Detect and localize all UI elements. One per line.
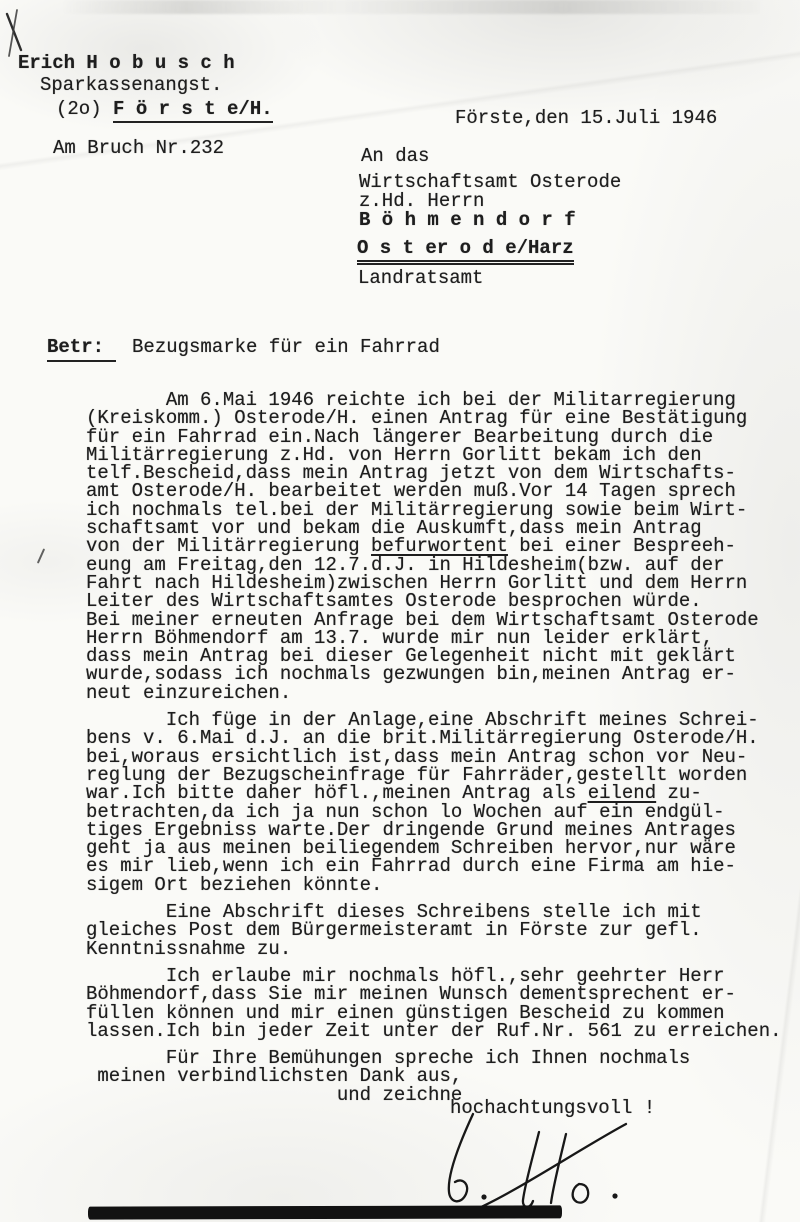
sender-city-line: (2o) F ö r s t e/H. [56, 99, 273, 119]
dateline: Förste,den 15.Juli 1946 [455, 108, 717, 128]
recipient-city: O s t er o d e/Harz [357, 237, 574, 265]
body-line: gleiches Post dem Bürgermeisteramt in Fö… [86, 921, 776, 939]
paragraph: Eine Abschrift dieses Schreibens stelle … [86, 903, 776, 958]
body-line: lassen.Ich bin jeder Zeit unter der Ruf.… [86, 1022, 776, 1040]
body-line: bens v. 6.Mai d.J. an die brit.Militärre… [86, 729, 776, 747]
letter-body: Am 6.Mai 1946 reichte ich bei der Milita… [86, 391, 776, 1113]
paragraph: Am 6.Mai 1946 reichte ich bei der Milita… [86, 391, 776, 702]
sender-city-prefix: (2o) [56, 98, 113, 120]
subject-line: Betr:Bezugsmarke für ein Fahrrad [47, 337, 440, 357]
body-line: (Kreiskomm.) Osterode/H. einen Antrag fü… [86, 409, 776, 427]
subject-text: Bezugsmarke für ein Fahrrad [116, 336, 440, 358]
body-line: Kenntnissnahme zu. [86, 940, 776, 958]
scan-tick-mark [37, 548, 45, 563]
sender-city: F ö r s t e/H. [113, 98, 273, 123]
sender-name: Erich H o b u s c h [18, 53, 235, 73]
letter-document: Erich H o b u s c h Sparkassenangst. (2o… [0, 0, 800, 1222]
body-line: Böhmendorf,dass Sie mir meinen Wunsch de… [86, 985, 776, 1003]
valediction: hochachtungsvoll ! [450, 1098, 655, 1118]
body-line: meinen verbindlichsten Dank aus, [86, 1067, 776, 1085]
paragraph: Für Ihre Bemühungen spreche ich Ihnen no… [86, 1049, 776, 1104]
body-line: es mir lieb,wenn ich ein Fahrrad durch e… [86, 857, 776, 875]
subject-label: Betr: [47, 336, 116, 362]
recipient-city-line: O s t er o d e/Harz [357, 238, 574, 258]
scan-smudge-top [60, 0, 760, 14]
body-line: sigem Ort beziehen könnte. [86, 876, 776, 894]
paragraph: Ich füge in der Anlage,eine Abschrift me… [86, 711, 776, 894]
recipient-person: B ö h m e n d o r f [359, 210, 576, 230]
sender-title: Sparkassenangst. [40, 75, 222, 95]
scan-artifact-bar [88, 1205, 562, 1219]
recipient-salutation: An das [361, 146, 429, 166]
body-line: Leiter des Wirtschaftsamtes Osterode bes… [86, 592, 776, 610]
recipient-attn: z.Hd. Herrn [359, 191, 484, 211]
signature-script [418, 1102, 663, 1220]
sender-street: Am Bruch Nr.232 [53, 138, 224, 158]
body-line: war.Ich bitte daher höfl.,meinen Antrag … [86, 784, 776, 802]
body-line: wurde,sodass ich nochmals gezwungen bin,… [86, 665, 776, 683]
body-line: neut einzureichen. [86, 684, 776, 702]
paragraph: Ich erlaube mir nochmals höfl.,sehr geeh… [86, 967, 776, 1040]
body-line: und zeichne [86, 1086, 776, 1104]
recipient-office: Wirtschaftsamt Osterode [359, 172, 621, 192]
body-line: von der Militärregierung befurwortent be… [86, 537, 776, 555]
recipient-department: Landratsamt [358, 268, 483, 288]
